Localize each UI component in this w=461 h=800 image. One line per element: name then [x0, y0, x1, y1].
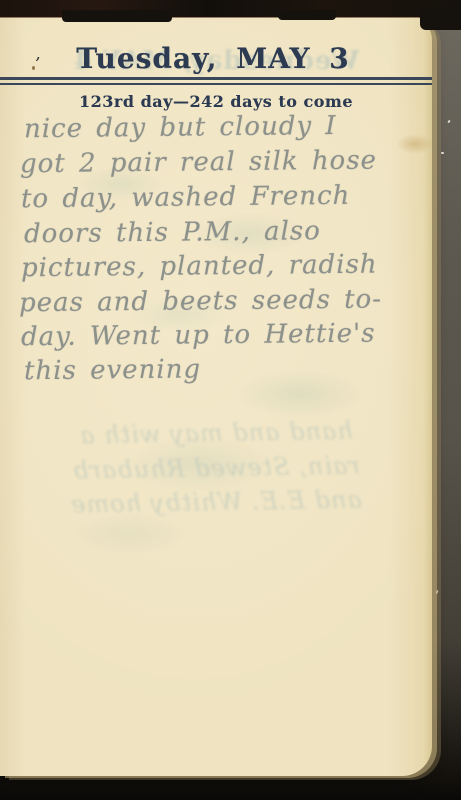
bleedthrough-handwriting: and E.E. Whitby home [26, 485, 406, 520]
dust-speck [435, 590, 438, 594]
handwritten-line: got 2 pair real silk hose [20, 145, 452, 180]
cover-edge-notch [62, 10, 172, 22]
paper-fleck [32, 66, 35, 70]
handwritten-line: day. Went up to Hettie's [21, 318, 453, 353]
day-count-line: 123rd day—242 days to come [0, 92, 432, 111]
cover-edge-notch [420, 8, 461, 30]
handwritten-line: to day, washed French [21, 180, 453, 215]
handwritten-line: peas and beets seeds to- [19, 284, 451, 319]
handwritten-line: pictures, planted, radish [21, 249, 453, 284]
bleedthrough-handwriting: hand and may with a [26, 416, 406, 451]
handwritten-line: this evening [24, 352, 456, 387]
diary-page: Wednesday, MAY 4 Tuesday, MAY 3 123rd da… [0, 14, 432, 776]
cover-edge-notch [278, 10, 336, 20]
handwritten-line: doors this P.M., also [24, 215, 456, 250]
handwritten-line: nice day but cloudy I [24, 110, 456, 145]
diary-page-scan: Wednesday, MAY 4 Tuesday, MAY 3 123rd da… [0, 0, 461, 800]
printed-header: Wednesday, MAY 4 Tuesday, MAY 3 123rd da… [0, 14, 432, 78]
double-rule-divider [0, 77, 432, 85]
date-heading: Tuesday, MAY 3 [0, 42, 426, 75]
bleedthrough-handwriting: rain, Stewed Rhubarb [26, 451, 406, 486]
date-heading-area: Wednesday, MAY 4 Tuesday, MAY 3 [0, 14, 432, 78]
